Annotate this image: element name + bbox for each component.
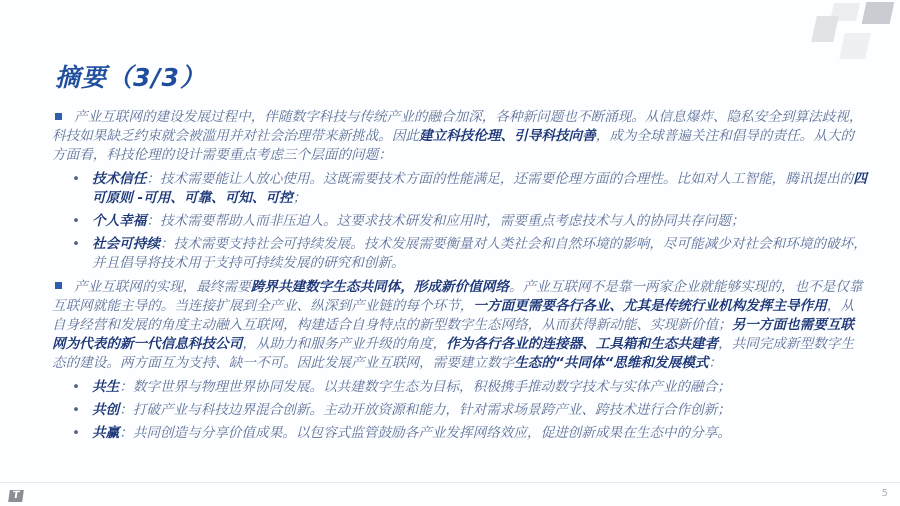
body-text: 产业互联网的实现，最终需要 [74, 279, 251, 295]
body-text: ，从助力和服务产业升级的角度， [242, 336, 446, 352]
dot-bullet-icon: • [72, 212, 82, 231]
paragraph-digital-ecosystem: 产业互联网的实现，最终需要跨界共建数字生态共同体，形成新价值网络。产业互联网不是… [52, 278, 867, 374]
item-label: 共生 [92, 379, 119, 395]
body-text: ； [293, 190, 307, 206]
corner-decoration [770, 0, 900, 80]
body-text: ：打破产业与科技边界混合创新。主动开放资源和能力，针对需求场景跨产业、跨技术进行… [119, 402, 731, 418]
body-text: ：共同创造与分享价值成果。以包容式监管鼓励各产业发挥网络效应，促进创新成果在生态… [119, 425, 731, 441]
dot-bullet-icon: • [72, 170, 82, 189]
square-bullet-icon [55, 113, 62, 120]
list-item-social-sustainability: •社会可持续：技术需要支持社会可持续发展。技术发展需要衡量对人类社会和自然环境的… [52, 235, 867, 273]
deco-block [811, 16, 839, 42]
slide: 摘要（3/3） 产业互联网的建设发展过程中，伴随数字科技与传统产业的融合加深，各… [0, 0, 900, 506]
emphasis-text: 生态的“共同体“思维和发展模式 [514, 355, 708, 371]
list-item-personal-happiness: •个人幸福：技术需要帮助人而非压迫人。这要求技术研发和应用时，需要重点考虑技术与… [52, 212, 867, 231]
body-text: ： [708, 355, 722, 371]
list-item-co-creation: •共创：打破产业与科技边界混合创新。主动开放资源和能力，针对需求场景跨产业、跨技… [52, 401, 867, 420]
dot-bullet-icon: • [72, 235, 82, 254]
emphasis-text: 跨界共建数字生态共同体，形成新价值网络 [251, 279, 509, 295]
emphasis-text: 一方面更需要各行各业、尤其是传统行业机构发挥主导作用 [473, 298, 826, 314]
deco-block [839, 33, 871, 59]
body-text: ：技术需要能让人放心使用。这既需要技术方面的性能满足，还需要伦理方面的合理性。比… [146, 171, 853, 187]
summary-content: 产业互联网的建设发展过程中，伴随数字科技与传统产业的融合加深，各种新问题也不断涌… [52, 108, 867, 447]
list-item-tech-trust: •技术信任：技术需要能让人放心使用。这既需要技术方面的性能满足，还需要伦理方面的… [52, 170, 867, 208]
dot-bullet-icon: • [72, 401, 82, 420]
dot-bullet-icon: • [72, 424, 82, 443]
list-item-symbiosis: •共生：数字世界与物理世界协同发展。以共建数字生态为目标，积极携手推动数字技术与… [52, 378, 867, 397]
item-label: 共创 [92, 402, 119, 418]
footer-divider [0, 482, 900, 483]
item-label: 个人幸福 [92, 213, 146, 229]
deco-block [862, 2, 895, 24]
paragraph-tech-ethics: 产业互联网的建设发展过程中，伴随数字科技与传统产业的融合加深，各种新问题也不断涌… [52, 108, 867, 166]
item-label: 技术信任 [92, 171, 146, 187]
brand-logo-icon: T [8, 490, 24, 502]
emphasis-text: 建立科技伦理、引导科技向善 [419, 128, 596, 144]
item-label: 社会可持续 [92, 236, 160, 252]
body-text: ：数字世界与物理世界协同发展。以共建数字生态为目标，积极携手推动数字技术与实体产… [119, 379, 731, 395]
square-bullet-icon [55, 282, 62, 289]
body-text: ：技术需要支持社会可持续发展。技术发展需要衡量对人类社会和自然环境的影响，尽可能… [92, 236, 867, 271]
body-text: ：技术需要帮助人而非压迫人。这要求技术研发和应用时，需要重点考虑技术与人的协同共… [146, 213, 744, 229]
page-number: 5 [882, 488, 888, 499]
dot-bullet-icon: • [72, 378, 82, 397]
item-label: 共赢 [92, 425, 119, 441]
page-title: 摘要（3/3） [55, 58, 206, 94]
emphasis-text: 作为各行各业的连接器、工具箱和生态共建者 [446, 336, 718, 352]
list-item-win-win: •共赢：共同创造与分享价值成果。以包容式监管鼓励各产业发挥网络效应，促进创新成果… [52, 424, 867, 443]
